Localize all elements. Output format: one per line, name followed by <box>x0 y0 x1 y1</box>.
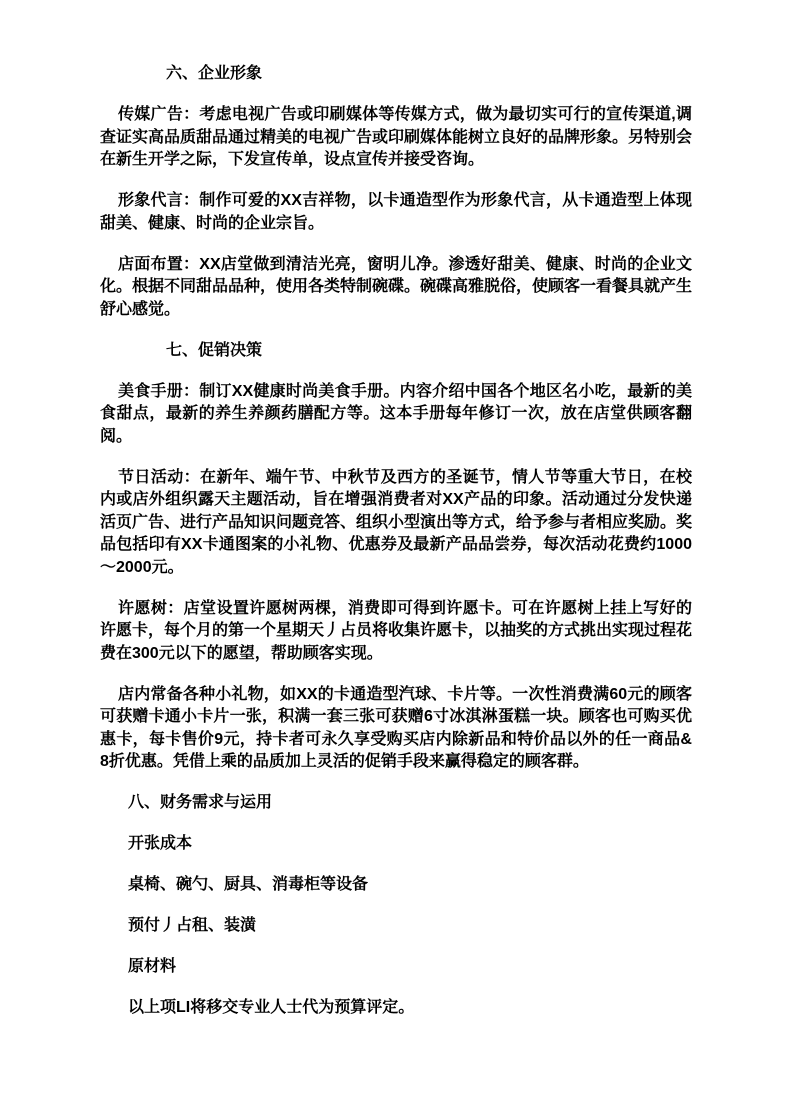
section-heading: 六、企业形象 <box>100 63 692 86</box>
section-heading: 七、促销决策 <box>100 340 692 363</box>
document-line: 以上项LI将移交专业人士代为预算评定。 <box>100 997 692 1020</box>
document-paragraph: 传媒广告：考虑电视广告或印刷媒体等传媒方式，做为最切实可行的宣传渠道,调查证实高… <box>100 104 692 172</box>
document-paragraph: 节日活动：在新年、端午节、中秋节及西方的圣诞节，情人节等重大节日，在校内或店外组… <box>100 467 692 580</box>
document-page: 六、企业形象传媒广告：考虑电视广告或印刷媒体等传媒方式，做为最切实可行的宣传渠道… <box>0 0 792 1119</box>
document-paragraph: 店内常备各种小礼物，如XX的卡通造型汽球、卡片等。一次性消费满60元的顾客可获赠… <box>100 684 692 774</box>
document-line: 原材料 <box>100 956 692 979</box>
document-line: 开张成本 <box>100 833 692 856</box>
document-body: 六、企业形象传媒广告：考虑电视广告或印刷媒体等传媒方式，做为最切实可行的宣传渠道… <box>100 63 692 1020</box>
document-paragraph: 店面布置：XX店堂做到清洁光亮，窗明儿净。渗透好甜美、健康、时尚的企业文化。根据… <box>100 254 692 322</box>
document-paragraph: 形象代言：制作可爱的XX吉祥物，以卡通造型作为形象代言，从卡通造型上体现甜美、健… <box>100 190 692 235</box>
document-paragraph: 美食手册：制订XX健康时尚美食手册。内容介绍中国各个地区名小吃，最新的美食甜点，… <box>100 381 692 449</box>
section-subheading: 八、财务需求与运用 <box>100 792 692 815</box>
document-paragraph: 许愿树：店堂设置许愿树两棵，消费即可得到许愿卡。可在许愿树上挂上写好的许愿卡，每… <box>100 598 692 666</box>
document-line: 桌椅、碗勺、厨具、消毒柜等设备 <box>100 874 692 897</box>
document-line: 预付丿占租、装潢 <box>100 915 692 938</box>
